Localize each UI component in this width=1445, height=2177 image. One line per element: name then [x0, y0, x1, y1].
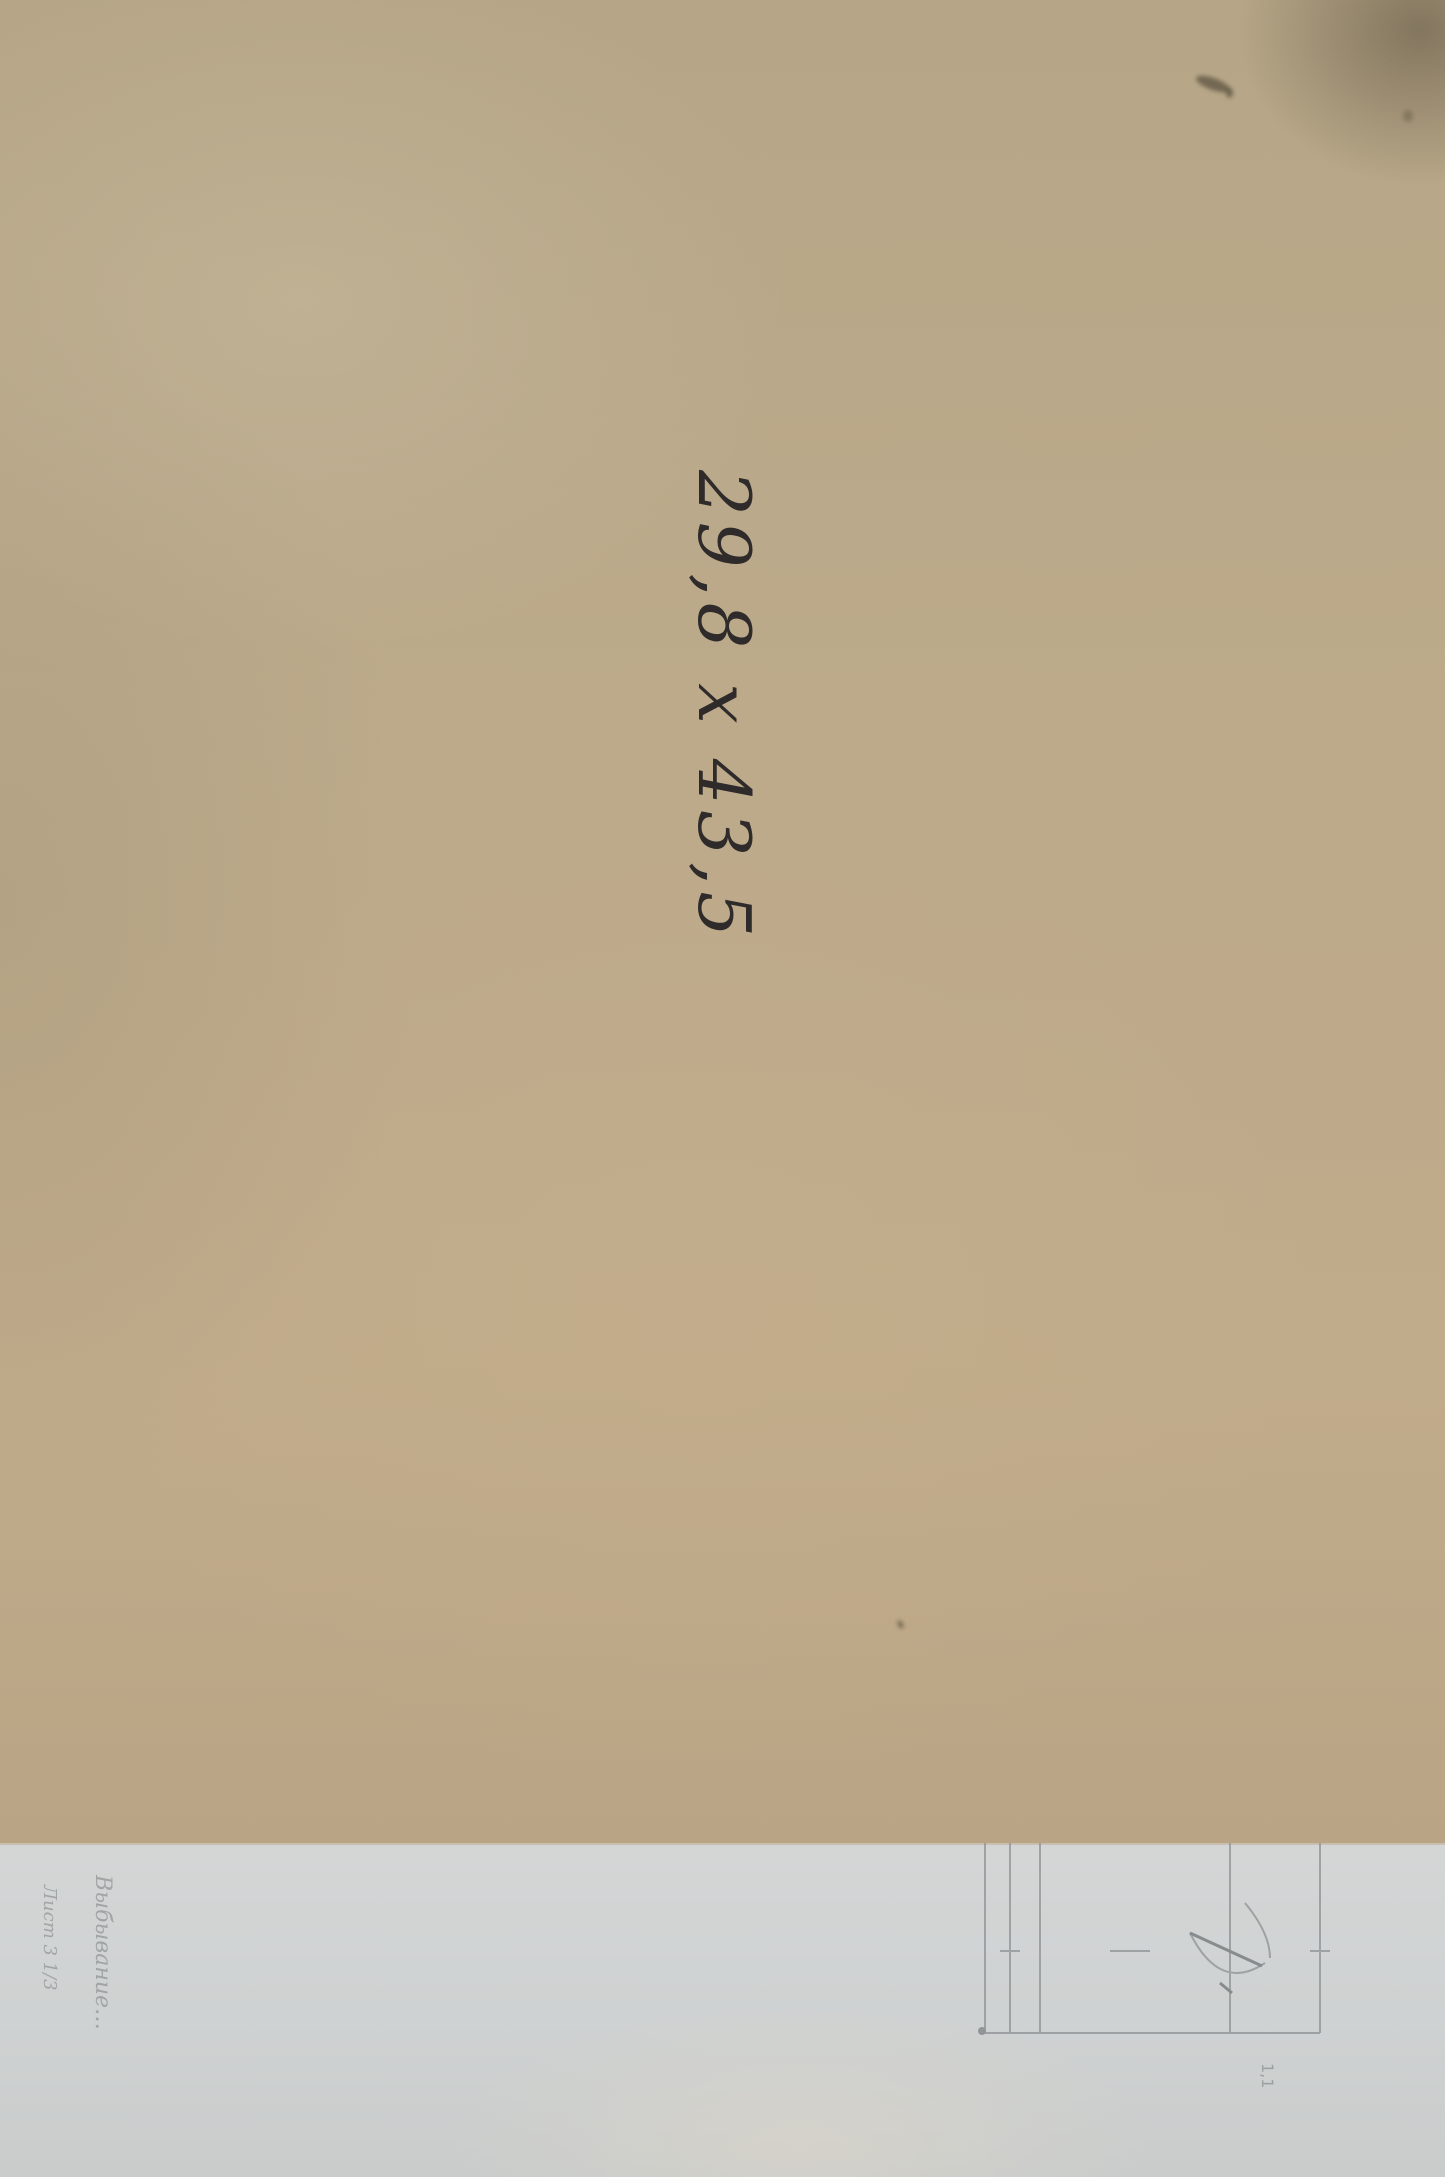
ink-dot [1226, 88, 1233, 98]
pencil-technical-sketch: 1,1 [0, 1843, 1445, 2177]
sketch-label: 1,1 [1258, 2063, 1277, 2088]
cardboard-back: 29,8 x 43,5 [0, 0, 1445, 1843]
ink-dot [896, 1619, 905, 1629]
handwritten-dimensions: 29,8 x 43,5 [688, 470, 760, 943]
ink-dot [1403, 110, 1413, 122]
